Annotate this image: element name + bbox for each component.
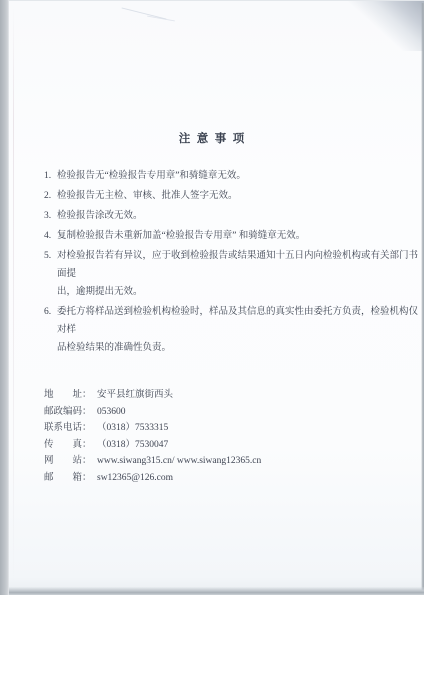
- contact-row-phone: 联系电话： （0318）7533315: [44, 420, 414, 437]
- item-text-line: 出，逾期提出无效。: [57, 287, 143, 297]
- notice-item: 2. 检验报告无主检、审核、批准人签字无效。: [44, 187, 421, 205]
- contact-value: 053600: [97, 404, 414, 421]
- item-number: 1.: [44, 167, 57, 185]
- notice-item: 5. 对检验报告若有异议，应于收到检验报告或结果通知十五日内向检验机构或有关部门…: [44, 247, 421, 301]
- page-crease-line: [13, 5, 14, 585]
- notice-item: 4. 复制检验报告未重新加盖“检验报告专用章” 和骑缝章无效。: [44, 227, 421, 245]
- contact-label: 地 址：: [44, 387, 97, 404]
- contact-label: 邮政编码：: [44, 404, 97, 421]
- notice-list: 1. 检验报告无“检验报告专用章”和骑缝章无效。 2. 检验报告无主检、审核、批…: [44, 167, 421, 359]
- item-number: 4.: [44, 227, 57, 245]
- scan-left-band: [0, 0, 9, 595]
- notice-item: 6. 委托方将样品送到检验机构检验时，样品及其信息的真实性由委托方负责，检验机构…: [44, 303, 421, 357]
- contact-row-email: 邮 箱： sw12365@126.com: [44, 470, 414, 487]
- contact-row-fax: 传 真： （0318）7530047: [44, 437, 414, 454]
- item-number: 6.: [44, 303, 57, 357]
- scanned-document: 注意事项 1. 检验报告无“检验报告专用章”和骑缝章无效。 2. 检验报告无主检…: [0, 0, 424, 595]
- page-corner-shadow: [346, 1, 424, 51]
- contact-block: 地 址： 安平县红旗街西头 邮政编码： 053600 联系电话： （0318）7…: [44, 387, 414, 487]
- contact-label: 联系电话：: [44, 420, 97, 437]
- notice-item: 1. 检验报告无“检验报告专用章”和骑缝章无效。: [44, 167, 421, 185]
- notice-item: 3. 检验报告涂改无效。: [44, 207, 421, 225]
- item-text-line: 委托方将样品送到检验机构检验时，样品及其信息的真实性由委托方负责，检验机构仅对样: [57, 307, 418, 335]
- page-title: 注意事项: [9, 130, 414, 146]
- item-text: 检验报告无主检、审核、批准人签字无效。: [57, 187, 421, 205]
- contact-row-website: 网 站： www.siwang315.cn/ www.siwang12365.c…: [44, 453, 414, 470]
- contact-value: 安平县红旗街西头: [97, 387, 414, 404]
- item-text: 检验报告无“检验报告专用章”和骑缝章无效。: [57, 167, 421, 185]
- contact-value: www.siwang315.cn/ www.siwang12365.cn: [97, 453, 414, 470]
- item-text: 检验报告涂改无效。: [57, 207, 421, 225]
- item-number: 2.: [44, 187, 57, 205]
- item-text: 委托方将样品送到检验机构检验时，样品及其信息的真实性由委托方负责，检验机构仅对样…: [57, 303, 421, 357]
- contact-row-postcode: 邮政编码： 053600: [44, 404, 414, 421]
- page-bottom-edge: [9, 587, 424, 595]
- item-text: 对检验报告若有异议，应于收到检验报告或结果通知十五日内向检验机构或有关部门书面提…: [57, 247, 421, 301]
- contact-label: 邮 箱：: [44, 470, 97, 487]
- item-number: 3.: [44, 207, 57, 225]
- contact-row-address: 地 址： 安平县红旗街西头: [44, 387, 414, 404]
- item-number: 5.: [44, 247, 57, 301]
- item-text-line: 品检验结果的准确性负责。: [57, 343, 171, 353]
- contact-label: 网 站：: [44, 453, 97, 470]
- contact-label: 传 真：: [44, 437, 97, 454]
- item-text-line: 对检验报告若有异议，应于收到检验报告或结果通知十五日内向检验机构或有关部门书面提: [57, 251, 418, 279]
- contact-value: sw12365@126.com: [97, 470, 414, 487]
- document-page: 注意事项 1. 检验报告无“检验报告专用章”和骑缝章无效。 2. 检验报告无主检…: [9, 0, 424, 595]
- contact-value: （0318）7530047: [97, 437, 414, 454]
- item-text: 复制检验报告未重新加盖“检验报告专用章” 和骑缝章无效。: [57, 227, 421, 245]
- contact-value: （0318）7533315: [97, 420, 414, 437]
